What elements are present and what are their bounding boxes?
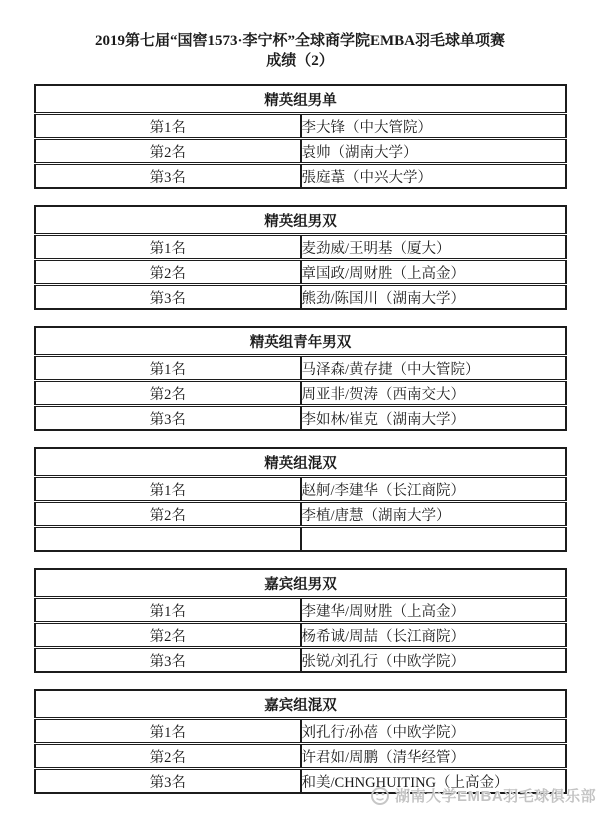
rank-cell: 第3名 [35,285,301,310]
results-table-2: 精英组男双第1名麦劲威/王明基（厦大）第2名章国政/周财胜（上高金）第3名熊劲/… [34,205,567,310]
table-header: 嘉宾组混双 [35,690,566,719]
result-cell: 袁帅（湖南大学） [301,139,567,164]
table-row: 第2名周亚非/贺涛（西南交大） [35,381,566,406]
table-row: 第2名杨希诚/周喆（长江商院） [35,623,566,648]
table-header: 嘉宾组男双 [35,569,566,598]
club-logo-icon [370,786,390,806]
result-cell: 李建华/周财胜（上高金） [301,598,567,623]
rank-cell [35,527,301,552]
table-header-row: 嘉宾组混双 [35,690,566,719]
watermark: 湖南大学EMBA羽毛球俱乐部 [370,785,596,806]
table-header: 精英组混双 [35,448,566,477]
rank-cell: 第3名 [35,769,301,794]
result-cell: 麦劲威/王明基（厦大） [301,235,567,260]
rank-cell: 第2名 [35,502,301,527]
results-table-3: 精英组青年男双第1名马泽森/黄存捷（中大管院）第2名周亚非/贺涛（西南交大）第3… [34,326,567,431]
result-cell: 周亚非/贺涛（西南交大） [301,381,567,406]
rank-cell: 第3名 [35,406,301,431]
result-cell: 赵舸/李建华（长江商院） [301,477,567,502]
result-cell: 张锐/刘孔行（中欧学院） [301,648,567,673]
results-table-4: 精英组混双第1名赵舸/李建华（长江商院）第2名李植/唐慧（湖南大学） [34,447,567,552]
table-row: 第1名李建华/周财胜（上高金） [35,598,566,623]
result-cell: 马泽森/黄存捷（中大管院） [301,356,567,381]
rank-cell: 第1名 [35,477,301,502]
table-header-row: 嘉宾组男双 [35,569,566,598]
watermark-text: 湖南大学EMBA羽毛球俱乐部 [395,785,596,806]
result-cell: 李植/唐慧（湖南大学） [301,502,567,527]
result-cell: 熊劲/陈国川（湖南大学） [301,285,567,310]
page-title-line2: 成绩（2） [0,51,600,71]
results-table-5: 嘉宾组男双第1名李建华/周财胜（上高金）第2名杨希诚/周喆（长江商院）第3名张锐… [34,568,567,673]
results-table-6: 嘉宾组混双第1名刘孔行/孙蓓（中欧学院）第2名许君如/周鹏（清华经管）第3名和美… [34,689,567,794]
table-row: 第2名章国政/周财胜（上高金） [35,260,566,285]
result-cell: 许君如/周鹏（清华经管） [301,744,567,769]
table-row: 第2名许君如/周鹏（清华经管） [35,744,566,769]
table-header-row: 精英组男单 [35,85,566,114]
rank-cell: 第1名 [35,719,301,744]
page-title-line1: 2019第七届“国窖1573·李宁杯”全球商学院EMBA羽毛球单项赛 [0,31,600,51]
page-title: 2019第七届“国窖1573·李宁杯”全球商学院EMBA羽毛球单项赛 成绩（2） [0,0,600,71]
table-row: 第1名马泽森/黄存捷（中大管院） [35,356,566,381]
rank-cell: 第3名 [35,164,301,189]
table-row: 第3名张锐/刘孔行（中欧学院） [35,648,566,673]
result-cell: 章国政/周财胜（上高金） [301,260,567,285]
rank-cell: 第2名 [35,260,301,285]
results-table-1: 精英组男单第1名李大锋（中大管院）第2名袁帅（湖南大学）第3名張庭葦（中兴大学） [34,84,567,189]
rank-cell: 第3名 [35,648,301,673]
table-header-row: 精英组男双 [35,206,566,235]
rank-cell: 第2名 [35,381,301,406]
table-header-row: 精英组青年男双 [35,327,566,356]
table-row: 第1名刘孔行/孙蓓（中欧学院） [35,719,566,744]
rank-cell: 第1名 [35,598,301,623]
table-header: 精英组男双 [35,206,566,235]
result-cell: 李大锋（中大管院） [301,114,567,139]
table-row: 第2名袁帅（湖南大学） [35,139,566,164]
table-row: 第3名熊劲/陈国川（湖南大学） [35,285,566,310]
table-row: 第3名李如林/崔克（湖南大学） [35,406,566,431]
table-row: 第2名李植/唐慧（湖南大学） [35,502,566,527]
result-cell: 杨希诚/周喆（长江商院） [301,623,567,648]
table-row: 第3名張庭葦（中兴大学） [35,164,566,189]
table-row: 第1名李大锋（中大管院） [35,114,566,139]
rank-cell: 第2名 [35,139,301,164]
table-header: 精英组青年男双 [35,327,566,356]
table-row [35,527,566,552]
result-cell: 刘孔行/孙蓓（中欧学院） [301,719,567,744]
table-header-row: 精英组混双 [35,448,566,477]
result-cell: 張庭葦（中兴大学） [301,164,567,189]
rank-cell: 第2名 [35,744,301,769]
rank-cell: 第1名 [35,235,301,260]
rank-cell: 第1名 [35,356,301,381]
results-tables: 精英组男单第1名李大锋（中大管院）第2名袁帅（湖南大学）第3名張庭葦（中兴大学）… [34,84,567,810]
rank-cell: 第1名 [35,114,301,139]
table-row: 第1名赵舸/李建华（长江商院） [35,477,566,502]
result-cell [301,527,567,552]
table-row: 第1名麦劲威/王明基（厦大） [35,235,566,260]
rank-cell: 第2名 [35,623,301,648]
result-cell: 李如林/崔克（湖南大学） [301,406,567,431]
table-header: 精英组男单 [35,85,566,114]
